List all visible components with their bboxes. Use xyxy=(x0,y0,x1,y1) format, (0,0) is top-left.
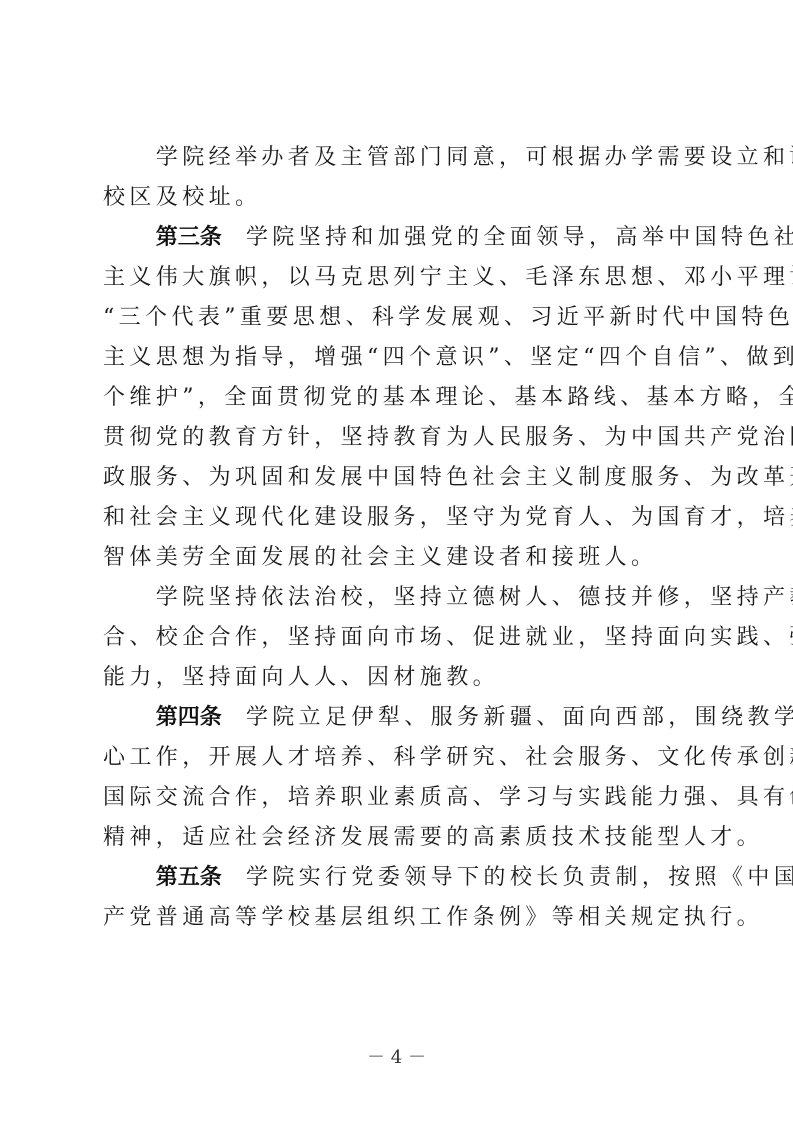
paragraph-line: 校区及校址。 xyxy=(103,178,703,218)
document-body: 学院经举办者及主管部门同意，可根据办学需要设立和调整 校区及校址。 第三条学院坚… xyxy=(103,138,703,938)
paragraph-line: “三个代表”重要思想、科学发展观、习近平新时代中国特色社会 xyxy=(103,298,703,338)
paragraph-line: 合、校企合作，坚持面向市场、促进就业，坚持面向实践、强化 xyxy=(103,618,703,658)
paragraph-line: 精神，适应社会经济发展需要的高素质技术技能型人才。 xyxy=(103,818,703,858)
paragraph-line: 学院坚持依法治校，坚持立德树人、德技并修，坚持产教融 xyxy=(103,578,703,618)
paragraph-line: 国际交流合作，培养职业素质高、学习与实践能力强、具有创新 xyxy=(103,778,703,818)
article-label: 第三条 xyxy=(156,225,222,250)
paragraph-line: 主义伟大旗帜，以马克思列宁主义、毛泽东思想、邓小平理论、 xyxy=(103,258,703,298)
article-heading-line: 第三条学院坚持和加强党的全面领导，高举中国特色社会 xyxy=(103,218,703,258)
paragraph-line: 和社会主义现代化建设服务，坚守为党育人、为国育才，培养德 xyxy=(103,498,703,538)
paragraph-line: 贯彻党的教育方针，坚持教育为人民服务、为中国共产党治国理 xyxy=(103,418,703,458)
article-label: 第四条 xyxy=(156,705,222,730)
paragraph-line: 个维护”，全面贯彻党的基本理论、基本路线、基本方略，全面 xyxy=(103,378,703,418)
paragraph-line: 政服务、为巩固和发展中国特色社会主义制度服务、为改革开放 xyxy=(103,458,703,498)
paragraph-line: 智体美劳全面发展的社会主义建设者和接班人。 xyxy=(103,538,703,578)
paragraph-line: 能力，坚持面向人人、因材施教。 xyxy=(103,658,703,698)
article-text: 学院实行党委领导下的校长负责制，按照《中国共 xyxy=(246,865,793,890)
paragraph-line: 学院经举办者及主管部门同意，可根据办学需要设立和调整 xyxy=(103,138,703,178)
page-number: － 4 － xyxy=(0,1043,793,1069)
article-label: 第五条 xyxy=(156,865,222,890)
article-heading-line: 第四条学院立足伊犁、服务新疆、面向西部，围绕教学中 xyxy=(103,698,703,738)
paragraph-line: 心工作，开展人才培养、科学研究、社会服务、文化传承创新和 xyxy=(103,738,703,778)
paragraph-line: 产党普通高等学校基层组织工作条例》等相关规定执行。 xyxy=(103,898,703,938)
paragraph-line: 主义思想为指导，增强“四个意识”、坚定“四个自信”、做到“两 xyxy=(103,338,703,378)
article-text: 学院立足伊犁、服务新疆、面向西部，围绕教学中 xyxy=(246,705,793,730)
article-text: 学院坚持和加强党的全面领导，高举中国特色社会 xyxy=(246,225,793,250)
article-heading-line: 第五条学院实行党委领导下的校长负责制，按照《中国共 xyxy=(103,858,703,898)
